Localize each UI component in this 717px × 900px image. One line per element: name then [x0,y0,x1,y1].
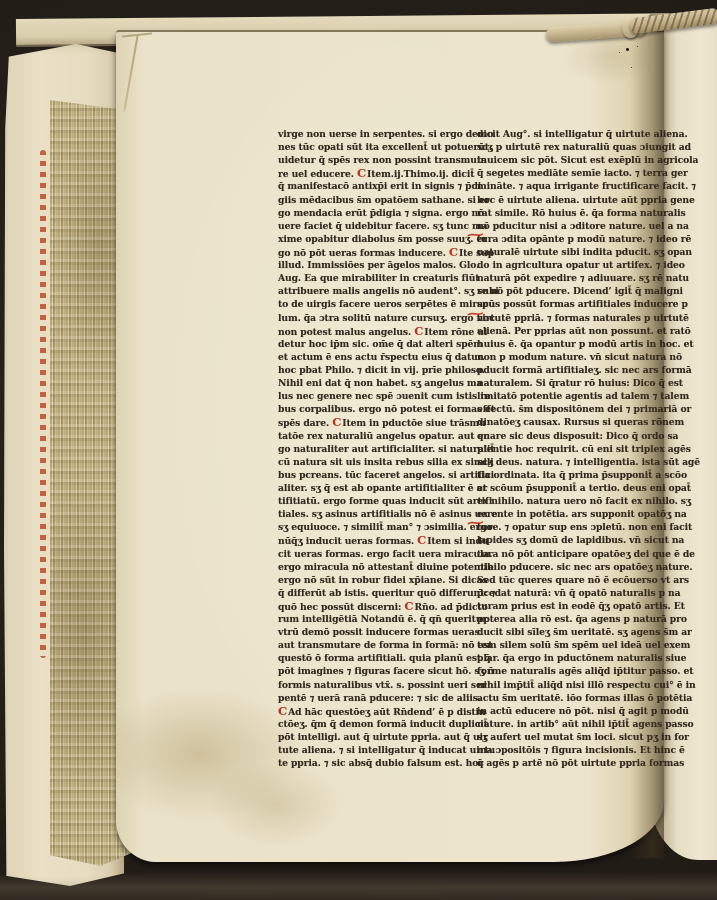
text-line: to de uirgis facere ueros serpētes ē mir… [278,298,463,311]
text-line: tatōe rex naturaliū angelus opatur. aut … [278,430,463,443]
text-line: cū natura sit uis insita rebus silia ex … [278,456,463,469]
text-line: bus corpalibus. ergo nō potest ei formas… [278,403,463,416]
rubric-capitulum-mark: C [404,599,414,613]
text-line: vtrū demō possit inducere formas ueras: [278,626,463,639]
text-line: nes tūc opati sūt ita excellent̄ ut potu… [278,141,463,154]
text-line: go naturaliter aut artificialiter. si na… [278,443,463,456]
text-line: virge non uerse in serpentes. si ergo de… [278,128,463,141]
text-line: Aug. Ea que mirabiliter in creaturis fiū… [278,272,463,285]
page-corner-crease [123,34,139,111]
text-line: re uel educere. CItem.ij.Thimo.ij. dicit… [278,167,463,180]
text-line: ctōeʒ. q̄m q̄ demon formā inducit duplic… [278,718,463,731]
text-line: sʒ equiuoce. ⁊ similit̄ man° ⁊ ɔsimilia.… [278,521,463,534]
text-line: tiales. sʒ asinus artifitialis nō ē asin… [278,508,463,521]
text-line: nūq̄ʒ inducit ueras formas. CItem si ind… [278,534,463,547]
text-line: xime opabitur diabolus s̄m posse suuʒ. e… [278,233,463,246]
text-line: non potest malus angelus. CItem rōne ui [278,325,463,338]
text-column-left: virge non uerse in serpentes. si ergo de… [278,128,463,776]
text-line: quō hec possūt discerni: CRn̄o. ad p̄dic… [278,600,463,613]
text-line: te ppria. ⁊ sic absq̄ dubio falsum est. … [278,757,463,770]
text-line: et actum ē ens actu r̄spectu eius q̄ dat… [278,351,463,364]
text-line: aut transmutare de forma in formā: nō es… [278,639,463,652]
text-line: uere faciet q̄ uidebitur facere. sʒ tunc… [278,220,463,233]
text-line: rum intelligētiā Notandū ē. q̄ qn̄ queri… [278,613,463,626]
text-line: q̄ differūt ab istis. queritur quō diffe… [278,587,463,600]
text-line: q̄ manifestacō antixp̄i erit in signis ⁊… [278,180,463,193]
text-line: lum. q̄a ɔtra solitū nature cursuʒ. ergo… [278,312,463,325]
rubric-capitulum-mark: C [332,415,342,429]
text-line: CAd hāc questōeʒ aūt Rn̄dend’ ē p distin [278,705,463,718]
book-page: virge non uerse in serpentes. si ergo de… [116,30,664,862]
text-line: cit ueras formas. ergo facit uera miracu… [278,548,463,561]
text-line: illud. Immissiōes per āgelos malos. Glo. [278,259,463,272]
text-line: aliter. sʒ q̄ est ab opante artifitialit… [278,482,463,495]
text-line: uidetur q̄ spēs rex non possint transmut… [278,154,463,167]
rubric-capitulum-mark: C [414,324,424,338]
text-line: Nihil eni dat q̄ non habet. sʒ angelus m… [278,377,463,390]
rubric-capitulum-mark: C [449,245,459,259]
text-line: pōt intelligi. aut q̄ uirtute ppria. aut… [278,731,463,744]
gutter-shadow [630,20,664,858]
text-line: ergo miracula nō attestant̄ diuine poten… [278,561,463,574]
text-line: go nō pōt ueras formas inducere. CIte su… [278,246,463,259]
text-line: pōt imagines ⁊ figuras facere sicut hō. … [278,665,463,678]
red-edge-stitching [40,150,46,658]
text-line: detur hoc ip̄m sic. om̄e q̄ dat alteri s… [278,338,463,351]
text-line: formis naturalibus vtx̄. s. possint ueri… [278,679,463,692]
rubric-capitulum-mark: C [278,704,288,718]
text-line: spēs dare. CItem in pductōe siue trāsmu [278,416,463,429]
text-line: ergo nō sūt in robur fidei xp̄iane. Si d… [278,574,463,587]
text-line: tifitiatū. ergo forme quas inducit sūt a… [278,495,463,508]
text-line: tute aliena. ⁊ si intelligatur q̄ induca… [278,744,463,757]
text-line: bus pcreans. tūc faceret angelos. si art… [278,469,463,482]
text-line: attribuere malis angelis nō audent°. sʒ … [278,285,463,298]
text-line: lus nec genere nec spē ɔuenit cum istis … [278,390,463,403]
rubric-capitulum-mark: C [357,166,367,180]
text-line: hoc pbat Philo. ⁊ dicit in vij. prīe phi… [278,364,463,377]
text-line: go mendacia erūt p̄digia ⁊ signa. ergo n… [278,207,463,220]
text-line: giis mēdacibus s̄m opatōem sathane. si e… [278,194,463,207]
text-line: questō ō forma artifitiali. quia planū e… [278,652,463,665]
text-line: pentē ⁊ uerā ranā pducere: ⁊ sic de alii… [278,692,463,705]
rubric-capitulum-mark: C [417,533,427,547]
ink-speck-cluster [626,48,629,51]
